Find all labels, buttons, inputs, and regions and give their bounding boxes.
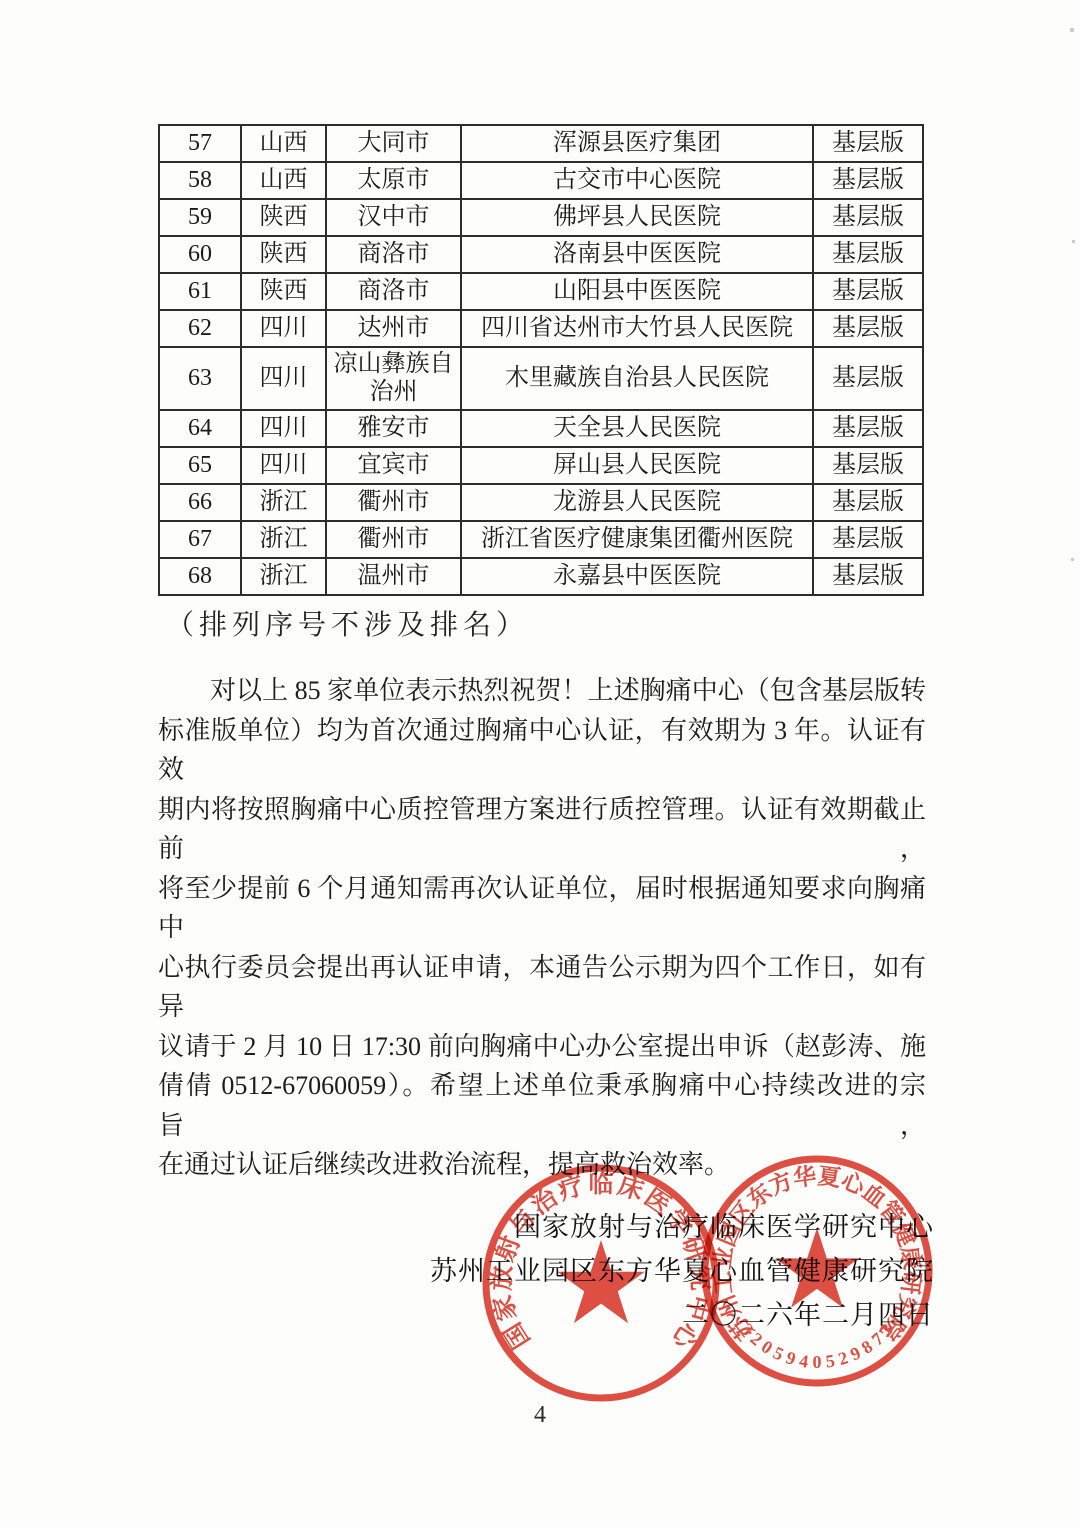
table-cell-version: 基层版 [813,558,923,595]
table-cell-hospital: 浑源县医疗集团 [461,125,813,162]
scan-artifact [1072,240,1075,243]
table-cell-no: 63 [159,347,241,410]
table-row: 60陕西商洛市洛南县中医医院基层版 [159,236,923,273]
table-cell-province: 四川 [241,347,326,410]
table-cell-province: 四川 [241,447,326,484]
table-row: 57山西大同市浑源县医疗集团基层版 [159,125,923,162]
svg-text:5: 5 [770,1343,787,1365]
table-row: 68浙江温州市永嘉县中医医院基层版 [159,558,923,595]
table-cell-hospital: 山阳县中医医院 [461,273,813,310]
table-cell-no: 59 [159,199,241,236]
table-row: 63四川凉山彝族自治州木里藏族自治县人民医院基层版 [159,347,923,410]
paragraph-line: 标准版单位）均为首次通过胸痛中心认证，有效期为 3 年。认证有效 [158,711,926,790]
hospital-table-wrap: 57山西大同市浑源县医疗集团基层版58山西太原市古交市中心医院基层版59陕西汉中… [158,124,922,596]
paragraph-line: 倩倩 0512-67060059）。希望上述单位秉承胸痛中心持续改进的宗旨， [158,1066,926,1145]
signature-org-2: 苏州工业园区东方华夏心血管健康研究院 [430,1249,934,1293]
table-cell-version: 基层版 [813,347,923,410]
table-cell-city: 商洛市 [326,273,461,310]
table-cell-province: 浙江 [241,558,326,595]
paragraph-line: 期内将按照胸痛中心质控管理方案进行质控管理。认证有效期截止前， [158,790,926,869]
table-cell-hospital: 古交市中心医院 [461,162,813,199]
table-row: 65四川宜宾市屏山县人民医院基层版 [159,447,923,484]
table-cell-city: 凉山彝族自治州 [326,347,461,410]
table-cell-hospital: 天全县人民医院 [461,410,813,447]
table-cell-province: 陕西 [241,273,326,310]
table-row: 59陕西汉中市佛坪县人民医院基层版 [159,199,923,236]
paragraph-line: 心执行委员会提出再认证申请，本通告公示期为四个工作日，如有异 [158,948,926,1027]
table-row: 61陕西商洛市山阳县中医医院基层版 [159,273,923,310]
table-cell-city: 太原市 [326,162,461,199]
table-cell-no: 58 [159,162,241,199]
scan-artifact [1071,558,1074,561]
table-cell-no: 68 [159,558,241,595]
table-cell-province: 山西 [241,162,326,199]
table-cell-city: 商洛市 [326,236,461,273]
svg-text:5: 5 [824,1350,836,1371]
paragraph-line: 在通过认证后继续改进救治流程，提高救治效率。 [158,1145,926,1185]
signature-org-1: 国家放射与治疗临床医学研究中心 [430,1205,934,1249]
table-cell-hospital: 永嘉县中医医院 [461,558,813,595]
table-cell-city: 汉中市 [326,199,461,236]
table-row: 64四川雅安市天全县人民医院基层版 [159,410,923,447]
table-cell-version: 基层版 [813,236,923,273]
table-cell-city: 衢州市 [326,521,461,558]
table-cell-province: 浙江 [241,484,326,521]
table-cell-version: 基层版 [813,162,923,199]
table-cell-province: 陕西 [241,236,326,273]
table-cell-no: 65 [159,447,241,484]
table-cell-no: 60 [159,236,241,273]
table-row: 67浙江衢州市浙江省医疗健康集团衢州医院基层版 [159,521,923,558]
table-cell-version: 基层版 [813,521,923,558]
table-cell-version: 基层版 [813,199,923,236]
table-row: 58山西太原市古交市中心医院基层版 [159,162,923,199]
table-cell-no: 66 [159,484,241,521]
table-cell-version: 基层版 [813,273,923,310]
table-cell-no: 57 [159,125,241,162]
svg-text:9: 9 [847,1343,864,1365]
paragraph-line: 议请于 2 月 10 日 17:30 前向胸痛中心办公室提出申诉（赵彭涛、施 [158,1027,926,1067]
table-cell-version: 基层版 [813,125,923,162]
svg-text:0: 0 [758,1336,777,1358]
table-cell-city: 温州市 [326,558,461,595]
table-cell-city: 衢州市 [326,484,461,521]
table-cell-version: 基层版 [813,410,923,447]
svg-text:9: 9 [784,1347,798,1369]
table-cell-no: 67 [159,521,241,558]
table-cell-city: 雅安市 [326,410,461,447]
table-cell-hospital: 屏山县人民医院 [461,447,813,484]
table-cell-hospital: 浙江省医疗健康集团衢州医院 [461,521,813,558]
table-cell-no: 64 [159,410,241,447]
table-cell-hospital: 洛南县中医医院 [461,236,813,273]
svg-text:2: 2 [836,1347,850,1369]
table-cell-province: 四川 [241,410,326,447]
table-cell-version: 基层版 [813,447,923,484]
table-cell-no: 61 [159,273,241,310]
table-cell-province: 山西 [241,125,326,162]
table-cell-hospital: 佛坪县人民医院 [461,199,813,236]
table-cell-province: 浙江 [241,521,326,558]
scan-artifact [1070,28,1074,32]
hospital-table: 57山西大同市浑源县医疗集团基层版58山西太原市古交市中心医院基层版59陕西汉中… [158,124,924,596]
table-cell-city: 大同市 [326,125,461,162]
table-cell-version: 基层版 [813,484,923,521]
document-page: 57山西大同市浑源县医疗集团基层版58山西太原市古交市中心医院基层版59陕西汉中… [0,0,1080,1528]
announcement-paragraph: 对以上 85 家单位表示热烈祝贺！上述胸痛中心（包含基层版转标准版单位）均为首次… [158,671,926,1185]
table-cell-hospital: 龙游县人民医院 [461,484,813,521]
paragraph-line: 将至少提前 6 个月通知需再次认证单位，届时根据通知要求向胸痛中 [158,869,926,948]
table-cell-version: 基层版 [813,310,923,347]
svg-text:4: 4 [798,1350,810,1371]
page-number: 4 [0,1402,1080,1429]
svg-text:0: 0 [813,1352,822,1372]
paragraph-line: 对以上 85 家单位表示热烈祝贺！上述胸痛中心（包含基层版转 [158,671,926,711]
table-row: 62四川达州市四川省达州市大竹县人民医院基层版 [159,310,923,347]
table-cell-no: 62 [159,310,241,347]
table-cell-hospital: 四川省达州市大竹县人民医院 [461,310,813,347]
table-cell-province: 陕西 [241,199,326,236]
table-row: 66浙江衢州市龙游县人民医院基层版 [159,484,923,521]
table-cell-province: 四川 [241,310,326,347]
signature-block: 国家放射与治疗临床医学研究中心 苏州工业园区东方华夏心血管健康研究院 二〇二六年… [430,1205,934,1337]
svg-text:8: 8 [858,1336,877,1358]
ranking-note: （排列序号不涉及排名） [166,603,529,643]
table-cell-city: 达州市 [326,310,461,347]
table-cell-city: 宜宾市 [326,447,461,484]
signature-date: 二〇二六年二月四日 [430,1293,934,1337]
table-cell-hospital: 木里藏族自治县人民医院 [461,347,813,410]
